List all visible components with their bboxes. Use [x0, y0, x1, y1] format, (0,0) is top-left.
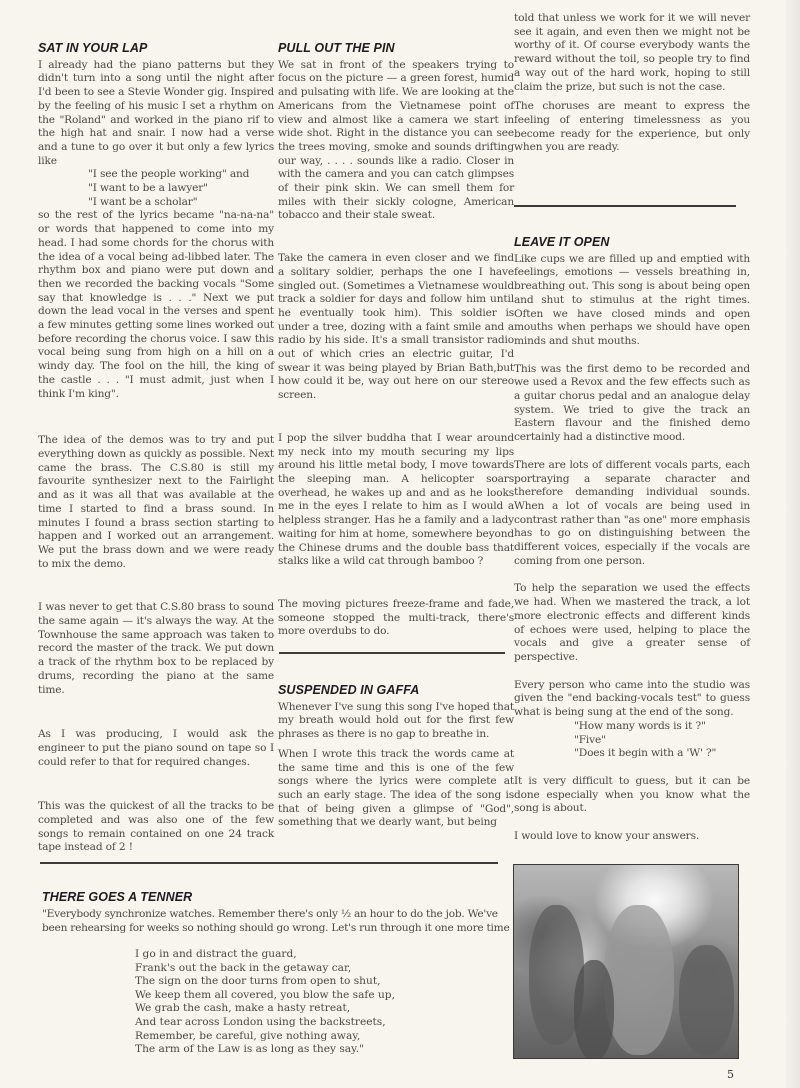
sat-in-your-lap-paragraph: As I was producing, I would ask the engi… — [38, 728, 274, 769]
sat-in-your-lap-paragraph: so the rest of the lyrics became "na-na-… — [38, 209, 274, 401]
lyric-quote: "I see the people working" and — [38, 168, 274, 182]
section-divider — [40, 862, 498, 864]
sat-in-your-lap-paragraph: I was never to get that C.S.80 brass to … — [38, 601, 274, 697]
performance-photo — [513, 864, 739, 1059]
lyric-quote: "I want be a scholar" — [38, 196, 274, 210]
column-3: told that unless we work for it we will … — [514, 12, 750, 155]
heading-suspended-in-gaffa: SUSPENDED IN GAFFA — [278, 684, 514, 698]
tenner-intro-line: been rehearsing for weeks so nothing sho… — [42, 921, 502, 935]
suspended-in-gaffa-paragraph: The choruses are meant to express the fe… — [514, 100, 750, 155]
leave-it-open-paragraph: I would love to know your answers. — [514, 830, 750, 844]
photo-figure — [574, 960, 614, 1059]
lyric-quote: "Does it begin with a 'W' ?" — [514, 747, 750, 761]
column-1: SAT IN YOUR LAP I already had the piano … — [38, 42, 274, 855]
pull-out-the-pin-paragraph: Take the camera in even closer and we fi… — [278, 252, 514, 403]
suspended-in-gaffa-paragraph: Whenever I've sung this song I've hoped … — [278, 701, 514, 742]
section-divider — [279, 652, 505, 654]
suspended-in-gaffa-paragraph: When I wrote this track the words came a… — [278, 748, 514, 830]
pull-out-the-pin-paragraph: We sat in front of the speakers trying t… — [278, 59, 514, 223]
heading-there-goes-a-tenner: THERE GOES A TENNER — [42, 890, 502, 904]
photo-figure — [604, 905, 674, 1055]
lyric-line: Frank's out the back in the getaway car, — [135, 962, 395, 976]
lyric-line: The arm of the Law is as long as they sa… — [135, 1043, 395, 1057]
leave-it-open-paragraph: To help the separation we used the effec… — [514, 582, 750, 664]
leave-it-open-paragraph: It is very difficult to guess, but it ca… — [514, 775, 750, 816]
column-3-lower: LEAVE IT OPEN Like cups we are filled up… — [514, 236, 750, 844]
lyric-quote: "Five" — [514, 734, 750, 748]
suspended-in-gaffa-paragraph: told that unless we work for it we will … — [514, 12, 750, 94]
lyric-line: We grab the cash, make a hasty retreat, — [135, 1002, 395, 1016]
tenner-lyrics: I go in and distract the guard, Frank's … — [135, 948, 395, 1057]
leave-it-open-paragraph: Like cups we are filled up and emptied w… — [514, 253, 750, 349]
section-divider — [514, 205, 736, 207]
pull-out-the-pin-paragraph: The moving pictures freeze-frame and fad… — [278, 598, 514, 639]
column-2-lower: SUSPENDED IN GAFFA Whenever I've sung th… — [278, 684, 514, 830]
page-number: 5 — [727, 1068, 734, 1081]
column-2: PULL OUT THE PIN We sat in front of the … — [278, 42, 514, 639]
sat-in-your-lap-paragraph: This was the quickest of all the tracks … — [38, 800, 274, 855]
heading-pull-out-the-pin: PULL OUT THE PIN — [278, 42, 514, 56]
sat-in-your-lap-intro: I already had the piano patterns but the… — [38, 59, 274, 169]
there-goes-a-tenner-section: THERE GOES A TENNER "Everybody synchroni… — [42, 890, 502, 935]
heading-leave-it-open: LEAVE IT OPEN — [514, 236, 750, 250]
sat-in-your-lap-paragraph: The idea of the demos was to try and put… — [38, 434, 274, 571]
lyric-quote: "How many words is it ?" — [514, 720, 750, 734]
lyric-line: Remember, be careful, give nothing away, — [135, 1030, 395, 1044]
leave-it-open-paragraph: This was the first demo to be recorded a… — [514, 363, 750, 445]
lyric-line: We keep them all covered, you blow the s… — [135, 989, 395, 1003]
leave-it-open-paragraph: There are lots of different vocals parts… — [514, 459, 750, 569]
lyric-quote: "I want to be a lawyer" — [38, 182, 274, 196]
heading-sat-in-your-lap: SAT IN YOUR LAP — [38, 42, 274, 56]
leave-it-open-paragraph: Every person who came into the studio wa… — [514, 679, 750, 720]
pull-out-the-pin-paragraph: I pop the silver buddha that I wear arou… — [278, 432, 514, 569]
lyric-line: The sign on the door turns from open to … — [135, 975, 395, 989]
lyric-line: I go in and distract the guard, — [135, 948, 395, 962]
lyric-line: And tear across London using the backstr… — [135, 1016, 395, 1030]
page-edge — [786, 0, 800, 1088]
tenner-intro-line: "Everybody synchronize watches. Remember… — [42, 907, 502, 921]
photo-figure — [679, 945, 734, 1055]
